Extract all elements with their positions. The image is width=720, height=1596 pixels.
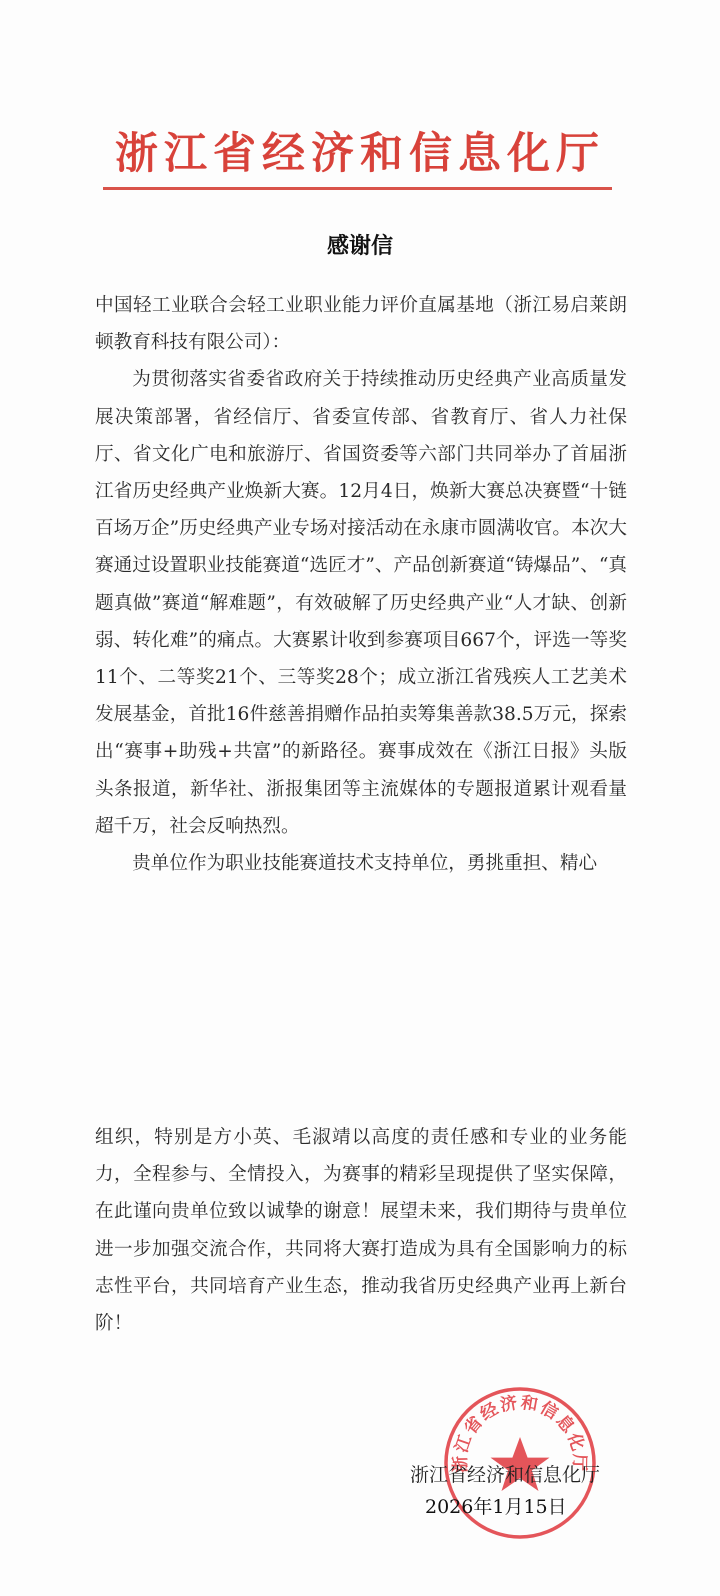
signature-issuer: 浙江省经济和信息化厅 [410,1460,600,1490]
letterhead-title: 浙江省经济和信息化厅 [0,124,720,184]
letter-body-page-2: 组织，特别是方小英、毛淑靖以高度的责任感和专业的业务能力，全程参与、全情投入，为… [95,1119,627,1342]
paragraph-1: 为贯彻落实省委省政府关于持续推动历史经典产业高质量发展决策部署，省经信厅、省委宣… [95,361,627,845]
document-title: 感谢信 [0,228,720,264]
letter-body-page-1: 中国轻工业联合会轻工业职业能力评价直属基地（浙江易启莱朗顿教育科技有限公司）： … [95,287,627,882]
salutation: 中国轻工业联合会轻工业职业能力评价直属基地（浙江易启莱朗顿教育科技有限公司）： [95,287,627,361]
letterhead-divider [103,187,612,190]
paragraph-2-start: 贵单位作为职业技能赛道技术支持单位，勇挑重担、精心 [95,845,627,882]
signature-date: 2026年1月15日 [425,1492,567,1522]
paragraph-2-continuation: 组织，特别是方小英、毛淑靖以高度的责任感和专业的业务能力，全程参与、全情投入，为… [95,1119,627,1342]
